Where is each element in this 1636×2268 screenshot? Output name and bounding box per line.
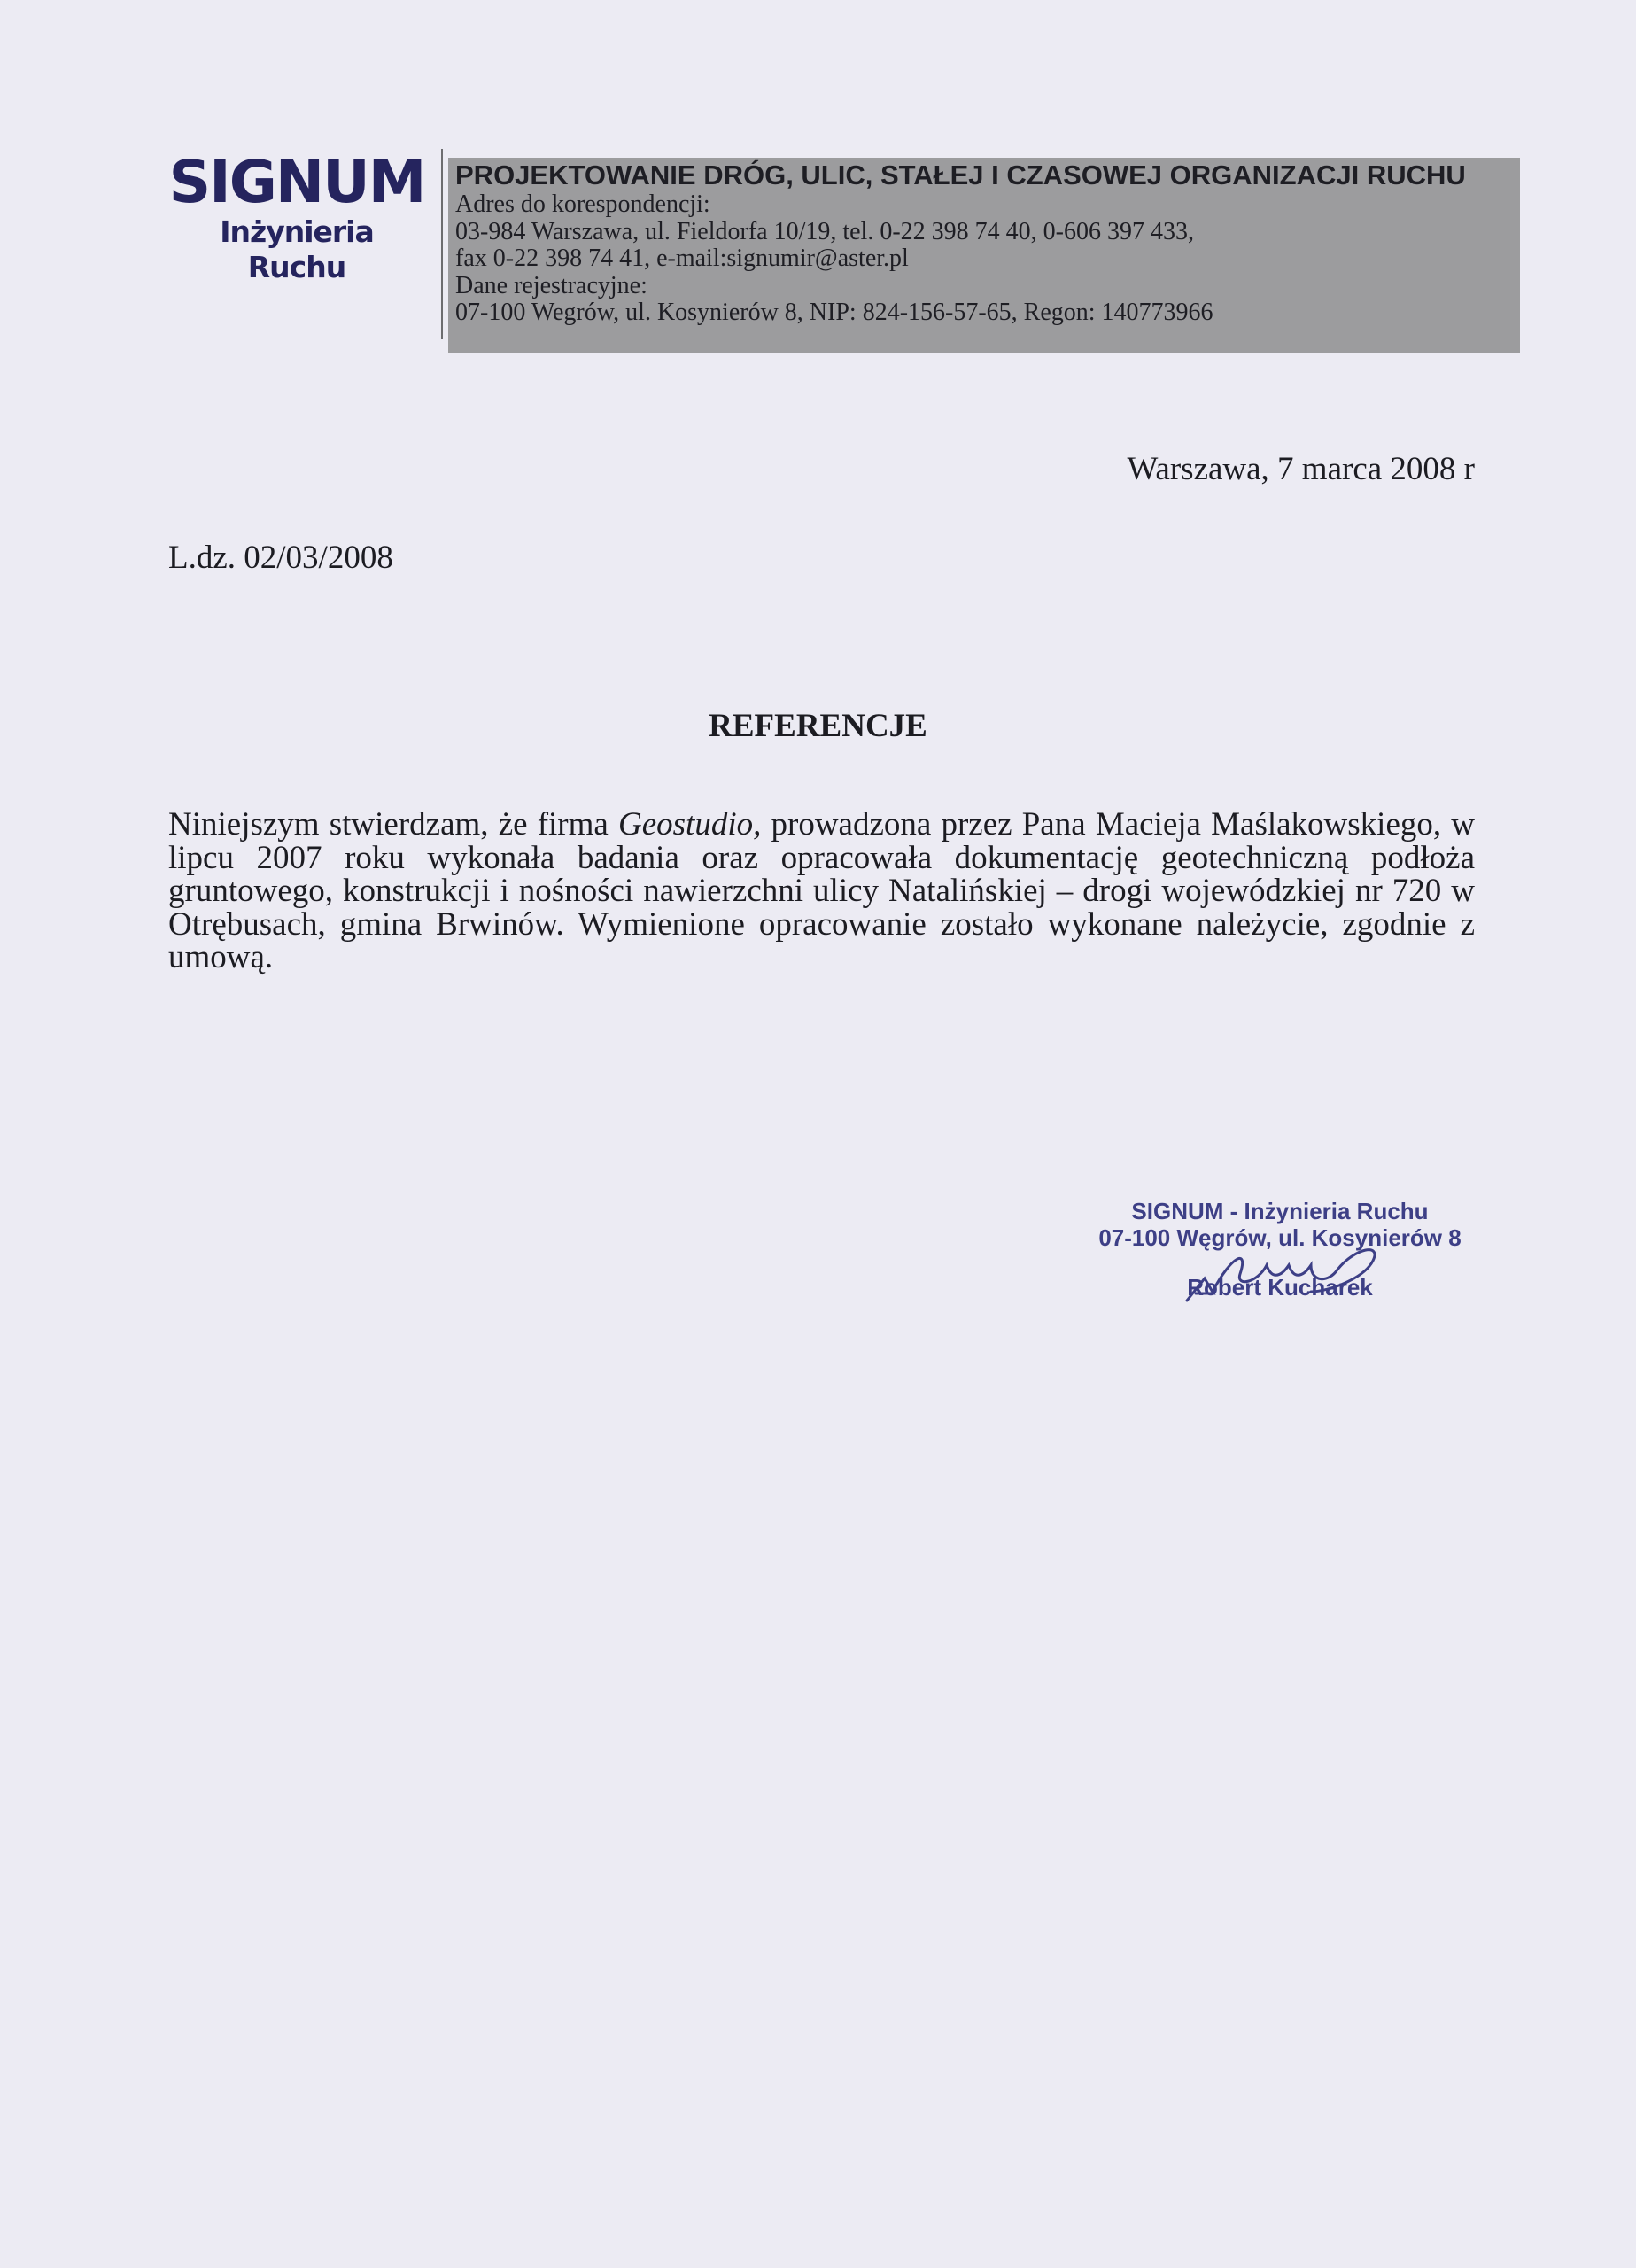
contact-line: 03-984 Warszawa, ul. Fieldorfa 10/19, te… xyxy=(448,219,1520,246)
place-date: Warszawa, 7 marca 2008 r xyxy=(1127,450,1475,488)
contact-line: fax 0-22 398 74 41, e-mail:signumir@aste… xyxy=(448,245,1520,273)
letterhead-contact-box: PROJEKTOWANIE DRÓG, ULIC, STAŁEJ I CZASO… xyxy=(448,158,1520,353)
reference-number: L.dz. 02/03/2008 xyxy=(168,539,393,577)
letter-body: Niniejszym stwierdzam, że firma Geostudi… xyxy=(168,808,1475,975)
letterhead-divider xyxy=(441,149,443,339)
company-name: Geostudio, xyxy=(618,806,761,843)
contact-line: Dane rejestracyjne: xyxy=(448,273,1520,300)
logo-title: SIGNUM xyxy=(168,151,425,214)
body-intro: Niniejszym stwierdzam, że firma xyxy=(168,806,618,843)
logo-subtitle: Inżynieria Ruchu xyxy=(168,214,425,285)
handwritten-signature xyxy=(1178,1239,1391,1309)
contact-line: Adres do korespondencji: xyxy=(448,191,1520,219)
company-logo: SIGNUM Inżynieria Ruchu xyxy=(168,151,425,285)
stamp-company: SIGNUM - Inżynieria Ruchu xyxy=(1098,1198,1462,1224)
contact-line: 07-100 Wegrów, ul. Kosynierów 8, NIP: 82… xyxy=(448,299,1520,327)
company-services-line: PROJEKTOWANIE DRÓG, ULIC, STAŁEJ I CZASO… xyxy=(448,158,1520,191)
document-title: REFERENCJE xyxy=(0,707,1636,745)
